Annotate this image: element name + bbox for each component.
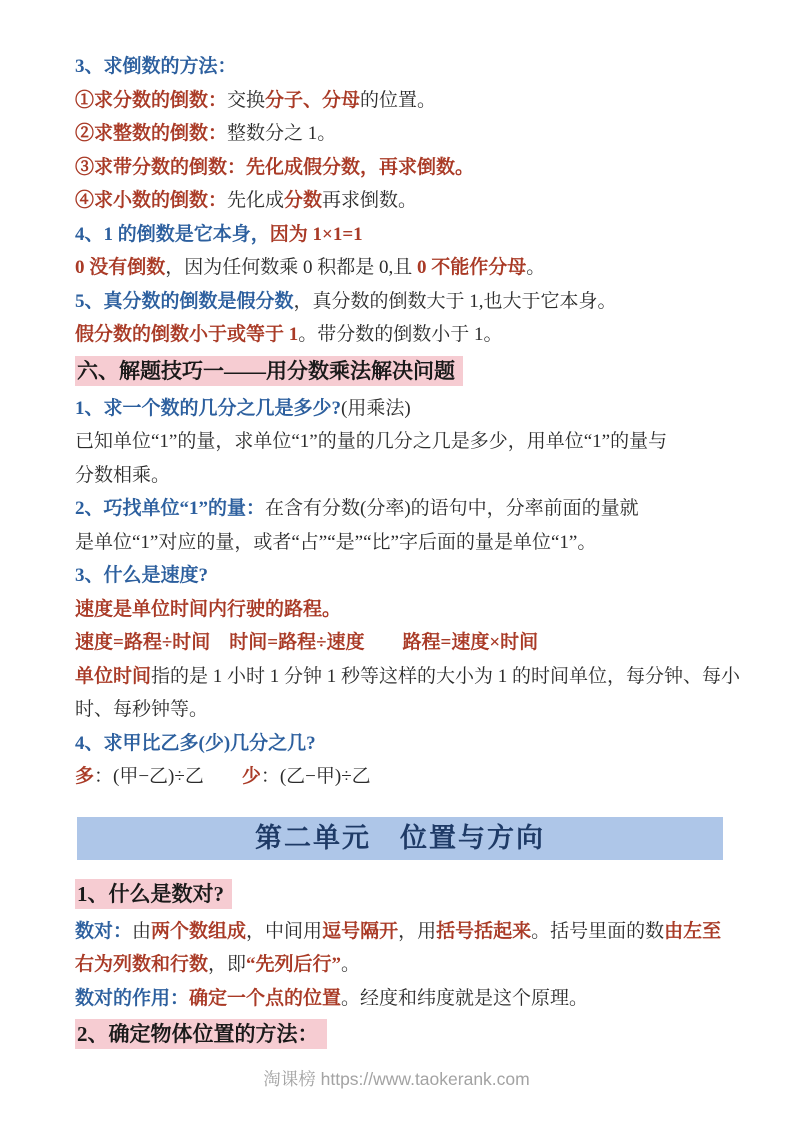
text-line: 速度是单位时间内行驶的路程。 xyxy=(75,593,725,627)
text-segment: 3、什么是速度? xyxy=(75,565,208,586)
text-line: 3、什么是速度? xyxy=(75,559,725,593)
text-segment: 数对： xyxy=(75,921,132,942)
text-line: 右为列数和行数，即“先列后行”。 xyxy=(75,948,725,982)
text-line: 4、求甲比乙多(少)几分之几? xyxy=(75,727,725,761)
text-segment: 0 没有倒数 xyxy=(75,257,165,278)
text-segment: 分数相乘。 xyxy=(75,465,170,486)
text-line: 分数相乘。 xyxy=(75,459,725,493)
text-segment: 单位时间 xyxy=(75,666,151,687)
text-segment: ②求整数的倒数： xyxy=(75,123,227,144)
section-heading: 六、解题技巧一——用分数乘法解决问题 xyxy=(75,353,725,391)
text-segment: 在含有分数(分率)的语句中，分率前面的量就 xyxy=(265,498,639,519)
text-segment: ：(乙−甲)÷乙 xyxy=(261,766,371,787)
text-segment: 0 不能作分母 xyxy=(417,257,526,278)
text-line: ④求小数的倒数：先化成分数再求倒数。 xyxy=(75,184,725,218)
text-segment: 2、巧找单位“1”的量： xyxy=(75,498,265,519)
text-segment: 数对的作用： xyxy=(75,988,189,1009)
text-segment: 整数分之 1。 xyxy=(227,123,336,144)
text-segment: 少 xyxy=(242,766,261,787)
text-segment: “先列后行” xyxy=(246,954,341,975)
text-segment: 是单位“1”对应的量，或者“占”“是”“比”字后面的量是单位“1”。 xyxy=(75,532,596,553)
text-segment: 1、求一个数的几分之几是多少? xyxy=(75,398,341,419)
text-segment: ③求带分数的倒数： xyxy=(75,157,246,178)
text-line: ②求整数的倒数：整数分之 1。 xyxy=(75,117,725,151)
section-heading: 1、什么是数对? xyxy=(75,876,725,914)
text-line: 已知单位“1”的量，求单位“1”的量的几分之几是多少，用单位“1”的量与 xyxy=(75,425,725,459)
text-segment: 速度=路程÷时间 时间=路程÷速度 路程=速度×时间 xyxy=(75,632,538,653)
text-line: 4、1 的倒数是它本身，因为 1×1=1 xyxy=(75,218,725,252)
unit-banner: 第二单元 位置与方向 xyxy=(77,817,723,860)
section-fraction-multiplication: 3、求倒数的方法：①求分数的倒数：交换分子、分母的位置。②求整数的倒数：整数分之… xyxy=(75,50,725,794)
text-segment: ①求分数的倒数： xyxy=(75,90,227,111)
text-segment: 由 xyxy=(132,921,151,942)
document-page: 3、求倒数的方法：①求分数的倒数：交换分子、分母的位置。②求整数的倒数：整数分之… xyxy=(0,0,793,1122)
text-segment: 确定一个点的位置 xyxy=(189,988,341,1009)
text-segment: 先化成 xyxy=(227,190,284,211)
pink-highlight: 2、确定物体位置的方法： xyxy=(75,1019,327,1049)
text-segment: 时、每秒钟等。 xyxy=(75,699,208,720)
text-segment: 2、确定物体位置的方法： xyxy=(77,1022,319,1046)
text-segment: 。 xyxy=(526,257,545,278)
text-segment: (用乘法) xyxy=(341,398,411,419)
text-segment: 。经度和纬度就是这个原理。 xyxy=(341,988,588,1009)
text-segment: 4、求甲比乙多(少)几分之几? xyxy=(75,733,316,754)
text-segment: ，因为任何数乘 0 积都是 0,且 xyxy=(165,257,417,278)
text-segment: 右为列数和行数 xyxy=(75,954,208,975)
text-line: ③求带分数的倒数：先化成假分数，再求倒数。 xyxy=(75,151,725,185)
text-segment: 3、求倒数的方法： xyxy=(75,56,237,77)
section-position-direction: 1、什么是数对?数对：由两个数组成，中间用逗号隔开，用括号括起来。括号里面的数由… xyxy=(75,876,725,1055)
pink-highlight: 1、什么是数对? xyxy=(75,879,232,909)
text-line: 5、真分数的倒数是假分数，真分数的倒数大于 1,也大于它本身。 xyxy=(75,285,725,319)
text-line: 3、求倒数的方法： xyxy=(75,50,725,84)
text-segment: ，用 xyxy=(398,921,436,942)
text-segment: 由左至 xyxy=(664,921,721,942)
text-segment: 的位置。 xyxy=(360,90,436,111)
section-heading: 2、确定物体位置的方法： xyxy=(75,1016,725,1054)
text-line: 假分数的倒数小于或等于 1。带分数的倒数小于 1。 xyxy=(75,318,725,352)
text-line: 时、每秒钟等。 xyxy=(75,693,725,727)
text-line: ①求分数的倒数：交换分子、分母的位置。 xyxy=(75,84,725,118)
footer-watermark: 淘课榜 https://www.taokerank.com xyxy=(0,1066,793,1091)
text-segment: 。带分数的倒数小于 1。 xyxy=(298,324,502,345)
text-segment: 假分数的倒数小于或等于 1 xyxy=(75,324,298,345)
text-segment: 六、解题技巧一——用分数乘法解决问题 xyxy=(77,359,455,383)
text-segment: 。括号里面的数 xyxy=(531,921,664,942)
text-segment: 交换 xyxy=(227,90,265,111)
text-line: 2、巧找单位“1”的量：在含有分数(分率)的语句中，分率前面的量就 xyxy=(75,492,725,526)
text-line: 数对的作用：确定一个点的位置。经度和纬度就是这个原理。 xyxy=(75,982,725,1016)
text-segment: ④求小数的倒数： xyxy=(75,190,227,211)
text-segment: 逗号隔开 xyxy=(322,921,398,942)
text-segment: ，真分数的倒数大于 1,也大于它本身。 xyxy=(294,291,617,312)
text-segment: 括号括起来 xyxy=(436,921,531,942)
text-segment: 。 xyxy=(341,954,360,975)
text-segment: 分子、分母 xyxy=(265,90,360,111)
text-segment: 多 xyxy=(75,766,94,787)
text-line: 是单位“1”对应的量，或者“占”“是”“比”字后面的量是单位“1”。 xyxy=(75,526,725,560)
text-segment: 已知单位“1”的量，求单位“1”的量的几分之几是多少，用单位“1”的量与 xyxy=(75,431,667,452)
text-line: 速度=路程÷时间 时间=路程÷速度 路程=速度×时间 xyxy=(75,626,725,660)
text-segment: 两个数组成 xyxy=(151,921,246,942)
text-line: 单位时间指的是 1 小时 1 分钟 1 秒等这样的大小为 1 的时间单位，每分钟… xyxy=(75,660,725,694)
text-segment: 5、真分数的倒数是假分数 xyxy=(75,291,294,312)
text-segment: 1、什么是数对? xyxy=(77,882,224,906)
text-segment: 先化成假分数，再求倒数。 xyxy=(246,157,474,178)
text-segment: 指的是 1 小时 1 分钟 1 秒等这样的大小为 1 的时间单位，每分钟、每小 xyxy=(151,666,740,687)
text-segment: 因为 1×1=1 xyxy=(270,224,363,245)
text-segment: ：(甲−乙)÷乙 xyxy=(94,766,242,787)
text-line: 0 没有倒数，因为任何数乘 0 积都是 0,且 0 不能作分母。 xyxy=(75,251,725,285)
text-segment: 4、1 的倒数是它本身， xyxy=(75,224,270,245)
text-segment: ，中间用 xyxy=(246,921,322,942)
document-content: 3、求倒数的方法：①求分数的倒数：交换分子、分母的位置。②求整数的倒数：整数分之… xyxy=(75,50,725,1055)
text-segment: 再求倒数。 xyxy=(322,190,417,211)
text-segment: 速度是单位时间内行驶的路程。 xyxy=(75,599,341,620)
text-segment: 分数 xyxy=(284,190,322,211)
text-line: 数对：由两个数组成，中间用逗号隔开，用括号括起来。括号里面的数由左至 xyxy=(75,915,725,949)
text-line: 1、求一个数的几分之几是多少?(用乘法) xyxy=(75,392,725,426)
text-line: 多：(甲−乙)÷乙 少：(乙−甲)÷乙 xyxy=(75,760,725,794)
text-segment: ，即 xyxy=(208,954,246,975)
pink-highlight: 六、解题技巧一——用分数乘法解决问题 xyxy=(75,356,463,386)
